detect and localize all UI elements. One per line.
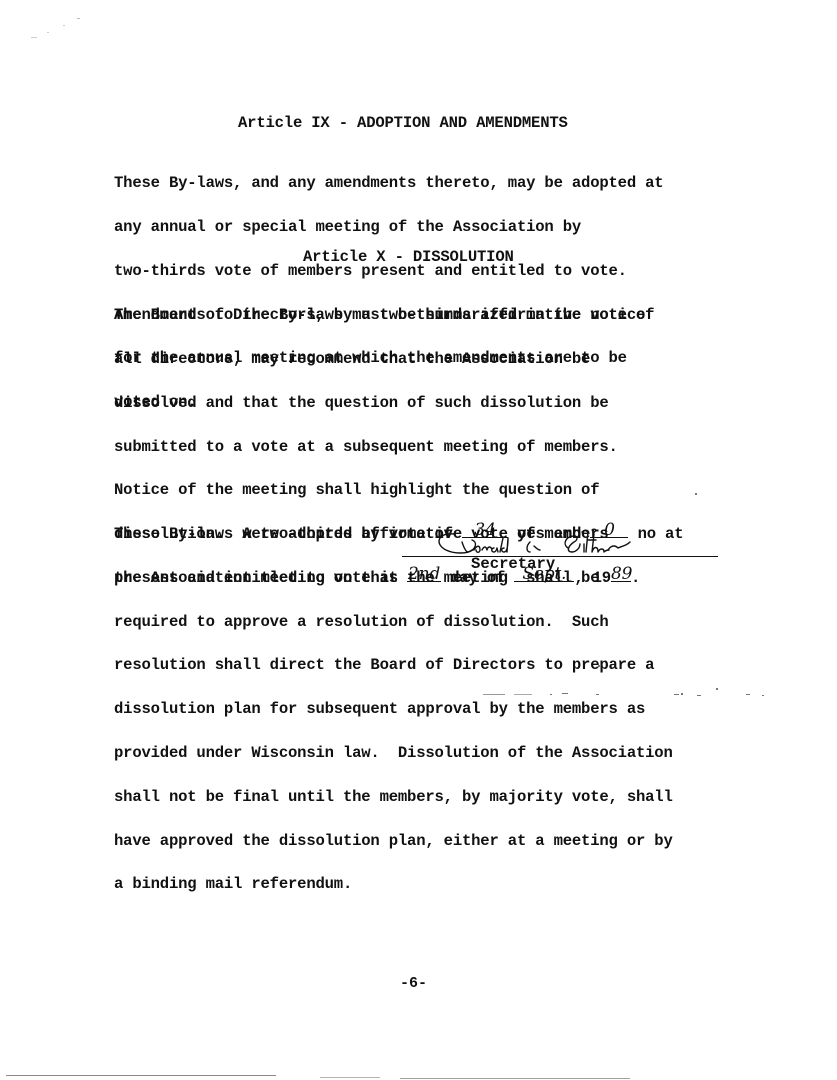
- scan-artifact: [598, 665, 600, 667]
- scan-artifact: [514, 694, 532, 695]
- scan-artifact: [695, 493, 697, 495]
- text-line: submitted to a vote at a subsequent meet…: [114, 440, 673, 455]
- scan-artifact: [697, 695, 701, 696]
- text-line: resolution shall direct the Board of Dir…: [114, 658, 673, 673]
- day-field: 2nd: [407, 567, 441, 582]
- text-line: a binding mail referendum.: [114, 877, 673, 892]
- article-x-heading: Article X - DISSOLUTION: [303, 249, 514, 265]
- scan-bottom-edge: [6, 1075, 276, 1076]
- page-number: -6-: [400, 976, 427, 992]
- scan-artifact: [77, 18, 80, 19]
- text-line: dissolution plan for subsequent approval…: [114, 702, 673, 717]
- scan-artifact: [47, 32, 49, 33]
- scan-artifact: [550, 694, 552, 695]
- static-text: .: [631, 569, 640, 587]
- static-text: the Association meeting on this: [114, 569, 407, 587]
- scan-artifact: [746, 694, 750, 695]
- scan-artifact: [596, 694, 599, 695]
- article-ix-heading: Article IX - ADOPTION AND AMENDMENTS: [238, 115, 568, 131]
- text-line: Notice of the meeting shall highlight th…: [114, 483, 673, 498]
- scan-artifact: [483, 694, 505, 695]
- year-field: 89: [611, 567, 631, 582]
- scan-artifact: [562, 693, 568, 694]
- static-text: , 19: [574, 569, 611, 587]
- text-line: have approved the dissolution plan, eith…: [114, 834, 673, 849]
- text-line: shall not be final until the members, by…: [114, 790, 673, 805]
- text-line: all directors, may recommend that the As…: [114, 352, 673, 367]
- text-line: dissolved and that the question of such …: [114, 396, 673, 411]
- secretary-label: Secretary: [471, 556, 555, 572]
- scan-artifact: [681, 693, 683, 695]
- scan-artifact: [63, 25, 65, 26]
- static-text: These By-laws were adopted by vote of: [114, 525, 462, 543]
- text-line: any annual or special meeting of the Ass…: [114, 220, 663, 235]
- scan-artifact: [674, 694, 679, 695]
- document-page: Article IX - ADOPTION AND AMENDMENTS The…: [0, 0, 837, 1080]
- adoption-line-2: the Association meeting on this 2nd day …: [114, 570, 683, 585]
- scan-artifact: [762, 695, 764, 696]
- signature-line: [402, 556, 718, 557]
- text-line: provided under Wisconsin law. Dissolutio…: [114, 746, 673, 761]
- scan-artifact: [716, 688, 718, 690]
- scan-bottom-edge: [400, 1078, 630, 1079]
- text-line: The Board of Directors, by a two-thirds …: [114, 308, 673, 323]
- text-line: These By-laws, and any amendments theret…: [114, 176, 663, 191]
- scan-artifact: [31, 37, 37, 38]
- scan-bottom-edge: [320, 1077, 380, 1078]
- text-line: required to approve a resolution of diss…: [114, 615, 673, 630]
